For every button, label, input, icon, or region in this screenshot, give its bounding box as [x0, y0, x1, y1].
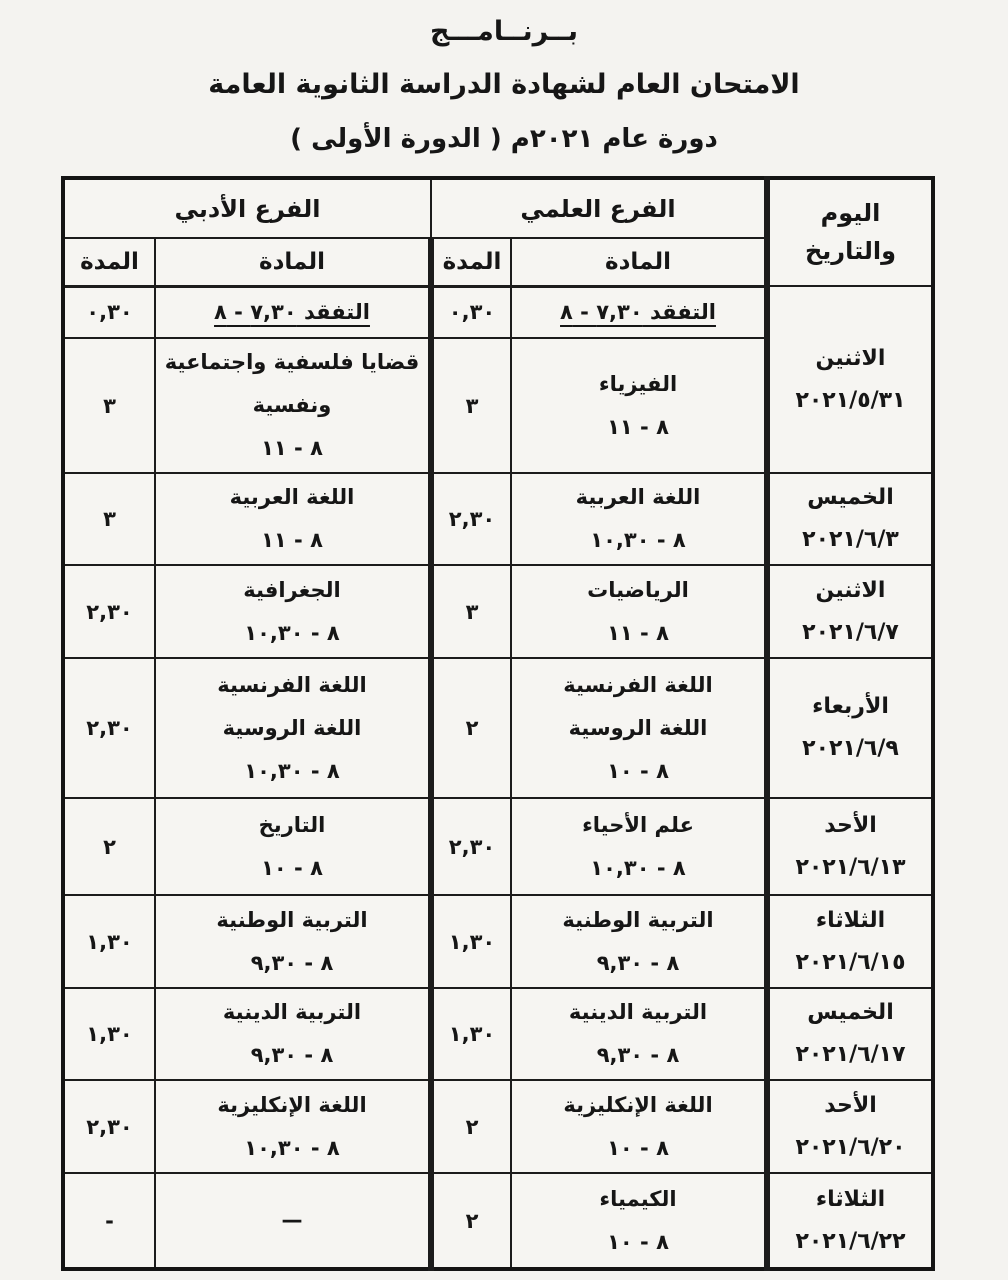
subject-name: اللغة الإنكليزية: [160, 1084, 424, 1127]
day-name: الأربعاء: [774, 686, 927, 728]
day-header-line1: اليوم: [774, 195, 927, 232]
day-cell: الاثنين ٢٠٢١/٥/٣١: [767, 286, 933, 473]
subject-name: اللغة العربية: [160, 476, 424, 519]
day-date: ٢٠٢١/٦/٢٢: [774, 1221, 927, 1263]
literary-subject-cell: اللغة العربية ٨ - ١١: [155, 473, 431, 565]
literary-subject-cell: التربية الدينية ٨ - ٩,٣٠: [155, 988, 431, 1080]
subject-time: ٨ - ٩,٣٠: [516, 942, 760, 985]
literary-duration-cell: ٠,٣٠: [63, 286, 155, 338]
literary-duration-cell: ١,٣٠: [63, 988, 155, 1080]
column-header-subject-literary: المادة: [155, 238, 431, 286]
table-row: الأحد ٢٠٢١/٦/١٣ علم الأحياء ٨ - ١٠,٣٠ ٢,…: [63, 798, 933, 895]
day-cell: الخميس ٢٠٢١/٦/١٧: [767, 988, 933, 1080]
session-line: دورة عام ٢٠٢١م ( الدورة الأولى ): [0, 124, 1008, 154]
page-title: بــرنــامـــج: [0, 16, 1008, 47]
subject-time: ٨ - ١١: [516, 406, 760, 449]
day-date: ٢٠٢١/٦/٧: [774, 612, 927, 654]
table-row: الأربعاء ٢٠٢١/٦/٩ اللغة الفرنسية اللغة ا…: [63, 658, 933, 798]
column-group-scientific-branch: الفرع العلمي: [431, 178, 767, 238]
literary-duration-cell: ٣: [63, 338, 155, 473]
day-name: الاثنين: [774, 570, 927, 612]
literary-duration-cell: ٢,٣٠: [63, 565, 155, 658]
scanned-exam-schedule-page: بــرنــامـــج الامتحان العام لشهادة الدر…: [0, 0, 1008, 1280]
scientific-subject-cell: علم الأحياء ٨ - ١٠,٣٠: [511, 798, 767, 895]
literary-duration-cell: ٢: [63, 798, 155, 895]
day-cell: الثلاثاء ٢٠٢١/٦/٢٢: [767, 1173, 933, 1269]
day-date: ٢٠٢١/٦/١٥: [774, 942, 927, 984]
subject-time: ٨ - ١٠,٣٠: [160, 750, 424, 793]
scientific-subject-cell: التفقد ٧,٣٠ - ٨: [511, 286, 767, 338]
subject-name: التربية الدينية: [160, 991, 424, 1034]
day-cell: الأحد ٢٠٢١/٦/٢٠: [767, 1080, 933, 1173]
scientific-duration-cell: ٣: [431, 565, 511, 658]
literary-subject-cell: التربية الوطنية ٨ - ٩,٣٠: [155, 895, 431, 988]
day-name: الأحد: [774, 805, 927, 847]
scientific-duration-cell: ١,٣٠: [431, 895, 511, 988]
subject-time: ٨ - ١١: [160, 427, 424, 470]
scientific-subject-cell: اللغة الفرنسية اللغة الروسية ٨ - ١٠: [511, 658, 767, 798]
exam-schedule-table: اليوم والتاريخ الفرع العلمي الفرع الأدبي…: [61, 176, 935, 1271]
day-name: الخميس: [774, 477, 927, 519]
table-row-inspection: الاثنين ٢٠٢١/٥/٣١ التفقد ٧,٣٠ - ٨ ٠,٣٠ ا…: [63, 286, 933, 338]
subject-name: الفيزياء: [516, 363, 760, 406]
page-subtitle: الامتحان العام لشهادة الدراسة الثانوية ا…: [0, 69, 1008, 100]
subject-time: ٨ - ٩,٣٠: [160, 1034, 424, 1077]
day-name: الثلاثاء: [774, 1179, 927, 1221]
scientific-subject-cell: التربية الدينية ٨ - ٩,٣٠: [511, 988, 767, 1080]
table-row: الخميس ٢٠٢١/٦/١٧ التربية الدينية ٨ - ٩,٣…: [63, 988, 933, 1080]
literary-duration-cell: -: [63, 1173, 155, 1269]
subject-time: ٨ - ١٠,٣٠: [516, 519, 760, 562]
scientific-subject-cell: التربية الوطنية ٨ - ٩,٣٠: [511, 895, 767, 988]
subject-name: اللغة الإنكليزية: [516, 1084, 760, 1127]
subject-name: علم الأحياء: [516, 804, 760, 847]
day-name: الاثنين: [774, 338, 927, 380]
literary-subject-cell: التاريخ ٨ - ١٠: [155, 798, 431, 895]
subject-name-2: اللغة الروسية: [160, 707, 424, 750]
subject-time: ٨ - ١١: [516, 612, 760, 655]
column-header-day-date: اليوم والتاريخ: [767, 178, 933, 286]
day-cell: الخميس ٢٠٢١/٦/٣: [767, 473, 933, 565]
literary-duration-cell: ٢,٣٠: [63, 1080, 155, 1173]
day-name: الخميس: [774, 992, 927, 1034]
inspection-time-scientific: التفقد ٧,٣٠ - ٨: [516, 291, 760, 334]
column-group-literary-branch: الفرع الأدبي: [63, 178, 431, 238]
subject-name: اللغة الفرنسية: [516, 664, 760, 707]
day-cell: الثلاثاء ٢٠٢١/٦/١٥: [767, 895, 933, 988]
day-date: ٢٠٢١/٦/٣: [774, 519, 927, 561]
scientific-subject-cell: الرياضيات ٨ - ١١: [511, 565, 767, 658]
subject-name: التربية الوطنية: [160, 899, 424, 942]
subject-name: التربية الدينية: [516, 991, 760, 1034]
scientific-duration-cell: ٣: [431, 338, 511, 473]
column-header-subject-scientific: المادة: [511, 238, 767, 286]
day-date: ٢٠٢١/٦/٢٠: [774, 1127, 927, 1169]
literary-subject-cell: قضايا فلسفية واجتماعية ونفسية ٨ - ١١: [155, 338, 431, 473]
literary-subject-cell: الجغرافية ٨ - ١٠,٣٠: [155, 565, 431, 658]
column-header-duration-literary: المدة: [63, 238, 155, 286]
literary-duration-cell: ٣: [63, 473, 155, 565]
table-row: الاثنين ٢٠٢١/٦/٧ الرياضيات ٨ - ١١ ٣ الجغ…: [63, 565, 933, 658]
subject-time: ٨ - ١٠: [516, 750, 760, 793]
scientific-duration-cell: ٢,٣٠: [431, 473, 511, 565]
no-exam-dash: —: [160, 1199, 424, 1242]
column-header-duration-scientific: المدة: [431, 238, 511, 286]
subject-name: التربية الوطنية: [516, 899, 760, 942]
day-name: الثلاثاء: [774, 900, 927, 942]
subject-name: الجغرافية: [160, 569, 424, 612]
table-row: الأحد ٢٠٢١/٦/٢٠ اللغة الإنكليزية ٨ - ١٠ …: [63, 1080, 933, 1173]
literary-subject-cell: اللغة الفرنسية اللغة الروسية ٨ - ١٠,٣٠: [155, 658, 431, 798]
scientific-duration-cell: ٠,٣٠: [431, 286, 511, 338]
scientific-subject-cell: الكيمياء ٨ - ١٠: [511, 1173, 767, 1269]
day-cell: الأربعاء ٢٠٢١/٦/٩: [767, 658, 933, 798]
day-date: ٢٠٢١/٦/٩: [774, 728, 927, 770]
scientific-subject-cell: اللغة العربية ٨ - ١٠,٣٠: [511, 473, 767, 565]
scientific-duration-cell: ١,٣٠: [431, 988, 511, 1080]
day-cell: الأحد ٢٠٢١/٦/١٣: [767, 798, 933, 895]
subject-time: ٨ - ٩,٣٠: [160, 942, 424, 985]
literary-subject-cell: اللغة الإنكليزية ٨ - ١٠,٣٠: [155, 1080, 431, 1173]
day-date: ٢٠٢١/٦/١٣: [774, 847, 927, 889]
header-row-groups: اليوم والتاريخ الفرع العلمي الفرع الأدبي: [63, 178, 933, 238]
subject-name: الرياضيات: [516, 569, 760, 612]
scientific-duration-cell: ٢: [431, 658, 511, 798]
scientific-duration-cell: ٢,٣٠: [431, 798, 511, 895]
title-block: بــرنــامـــج الامتحان العام لشهادة الدر…: [0, 0, 1008, 154]
literary-subject-cell: التفقد ٧,٣٠ - ٨: [155, 286, 431, 338]
subject-name: التاريخ: [160, 804, 424, 847]
subject-time: ٨ - ٩,٣٠: [516, 1034, 760, 1077]
subject-name-2: اللغة الروسية: [516, 707, 760, 750]
table-row: الثلاثاء ٢٠٢١/٦/١٥ التربية الوطنية ٨ - ٩…: [63, 895, 933, 988]
literary-duration-cell: ١,٣٠: [63, 895, 155, 988]
subject-time: ٨ - ١٠: [516, 1221, 760, 1264]
scientific-duration-cell: ٢: [431, 1173, 511, 1269]
subject-name: اللغة العربية: [516, 476, 760, 519]
day-cell: الاثنين ٢٠٢١/٦/٧: [767, 565, 933, 658]
subject-name: قضايا فلسفية واجتماعية ونفسية: [160, 341, 424, 427]
subject-name: اللغة الفرنسية: [160, 664, 424, 707]
subject-time: ٨ - ١٠: [160, 847, 424, 890]
scientific-duration-cell: ٢: [431, 1080, 511, 1173]
subject-time: ٨ - ١٠,٣٠: [160, 612, 424, 655]
subject-time: ٨ - ١٠: [516, 1127, 760, 1170]
day-header-line2: والتاريخ: [774, 233, 927, 270]
day-date: ٢٠٢١/٥/٣١: [774, 380, 927, 422]
scientific-subject-cell: الفيزياء ٨ - ١١: [511, 338, 767, 473]
day-date: ٢٠٢١/٦/١٧: [774, 1034, 927, 1076]
inspection-time-literary: التفقد ٧,٣٠ - ٨: [160, 291, 424, 334]
subject-time: ٨ - ١١: [160, 519, 424, 562]
subject-name: الكيمياء: [516, 1178, 760, 1221]
subject-time: ٨ - ١٠,٣٠: [516, 847, 760, 890]
table-row: الثلاثاء ٢٠٢١/٦/٢٢ الكيمياء ٨ - ١٠ ٢ — -: [63, 1173, 933, 1269]
literary-duration-cell: ٢,٣٠: [63, 658, 155, 798]
table-row: الخميس ٢٠٢١/٦/٣ اللغة العربية ٨ - ١٠,٣٠ …: [63, 473, 933, 565]
scientific-subject-cell: اللغة الإنكليزية ٨ - ١٠: [511, 1080, 767, 1173]
literary-subject-cell: —: [155, 1173, 431, 1269]
day-name: الأحد: [774, 1085, 927, 1127]
subject-time: ٨ - ١٠,٣٠: [160, 1127, 424, 1170]
